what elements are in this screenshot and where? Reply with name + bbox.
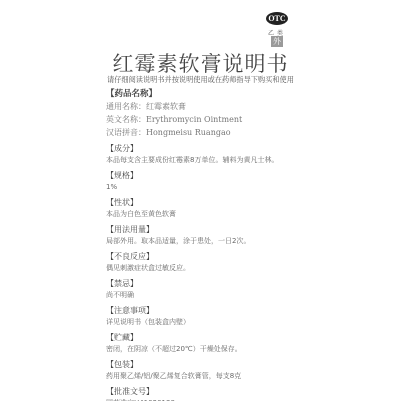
section-text: 局部外用。取本品适量，涂于患处，一日2次。	[106, 236, 346, 247]
section-heading: 【贮藏】	[106, 332, 346, 344]
section-heading: 【药品名称】	[106, 88, 346, 100]
section-ingredients: 【成分】 本品每支含主要成份红霉素8万单位。辅料为黄凡士林。	[106, 143, 346, 166]
section-drug-name: 【药品名称】 通用名称：红霉素软膏 英文名称：Erythromycin Oint…	[106, 88, 346, 139]
section-heading: 【注意事项】	[106, 305, 346, 317]
section-contraindications: 【禁忌】 尚不明确	[106, 278, 346, 301]
section-text: 本品为白色至黄色软膏	[106, 209, 346, 220]
section-heading: 【不良反应】	[106, 251, 346, 263]
section-heading: 【性状】	[106, 197, 346, 209]
section-usage: 【用法用量】 局部外用。取本品适量，涂于患处，一日2次。	[106, 224, 346, 247]
section-text: 偶见刺激症状盒过敏反应。	[106, 263, 346, 274]
section-specification: 【规格】 1%	[106, 170, 346, 193]
section-text: 密闭，在阴凉（不超过20℃）干燥处保存。	[106, 344, 346, 355]
english-name: 英文名称：Erythromycin Ointment	[106, 113, 346, 126]
section-text: 药用聚乙烯/铝/聚乙烯复合软膏管，每支8克	[106, 371, 346, 382]
generic-name: 通用名称：红霉素软膏	[106, 100, 346, 113]
document-body: 【药品名称】 通用名称：红霉素软膏 英文名称：Erythromycin Oint…	[106, 88, 346, 401]
section-text: 详见说明书（包装盒内壁）	[106, 317, 346, 328]
section-text: 本品每支含主要成份红霉素8万单位。辅料为黄凡士林。	[106, 155, 346, 166]
section-heading: 【成分】	[106, 143, 346, 155]
section-heading: 【禁忌】	[106, 278, 346, 290]
section-package: 【包装】 药用聚乙烯/铝/聚乙烯复合软膏管，每支8克	[106, 359, 346, 382]
section-heading: 【用法用量】	[106, 224, 346, 236]
document-title: 红霉素软膏说明书	[0, 48, 401, 78]
section-precautions: 【注意事项】 详见说明书（包装盒内壁）	[106, 305, 346, 328]
section-adverse-reactions: 【不良反应】 偶见刺激症状盒过敏反应。	[106, 251, 346, 274]
section-text: 1%	[106, 182, 346, 193]
section-heading: 【批准文号】	[106, 386, 346, 398]
section-storage: 【贮藏】 密闭，在阴凉（不超过20℃）干燥处保存。	[106, 332, 346, 355]
section-appearance: 【性状】 本品为白色至黄色软膏	[106, 197, 346, 220]
section-heading: 【包装】	[106, 359, 346, 371]
pinyin-name: 汉语拼音：Hongmeisu Ruangao	[106, 126, 346, 139]
external-use-badge: 外	[271, 36, 283, 47]
section-approval-number: 【批准文号】 国药准字H41020138	[106, 386, 346, 401]
otc-badge: OTC	[266, 12, 288, 25]
document-subtitle: 请仔细阅读说明书并按说明使用或在药师指导下购买和使用	[0, 75, 401, 85]
section-text: 尚不明确	[106, 290, 346, 301]
section-heading: 【规格】	[106, 170, 346, 182]
